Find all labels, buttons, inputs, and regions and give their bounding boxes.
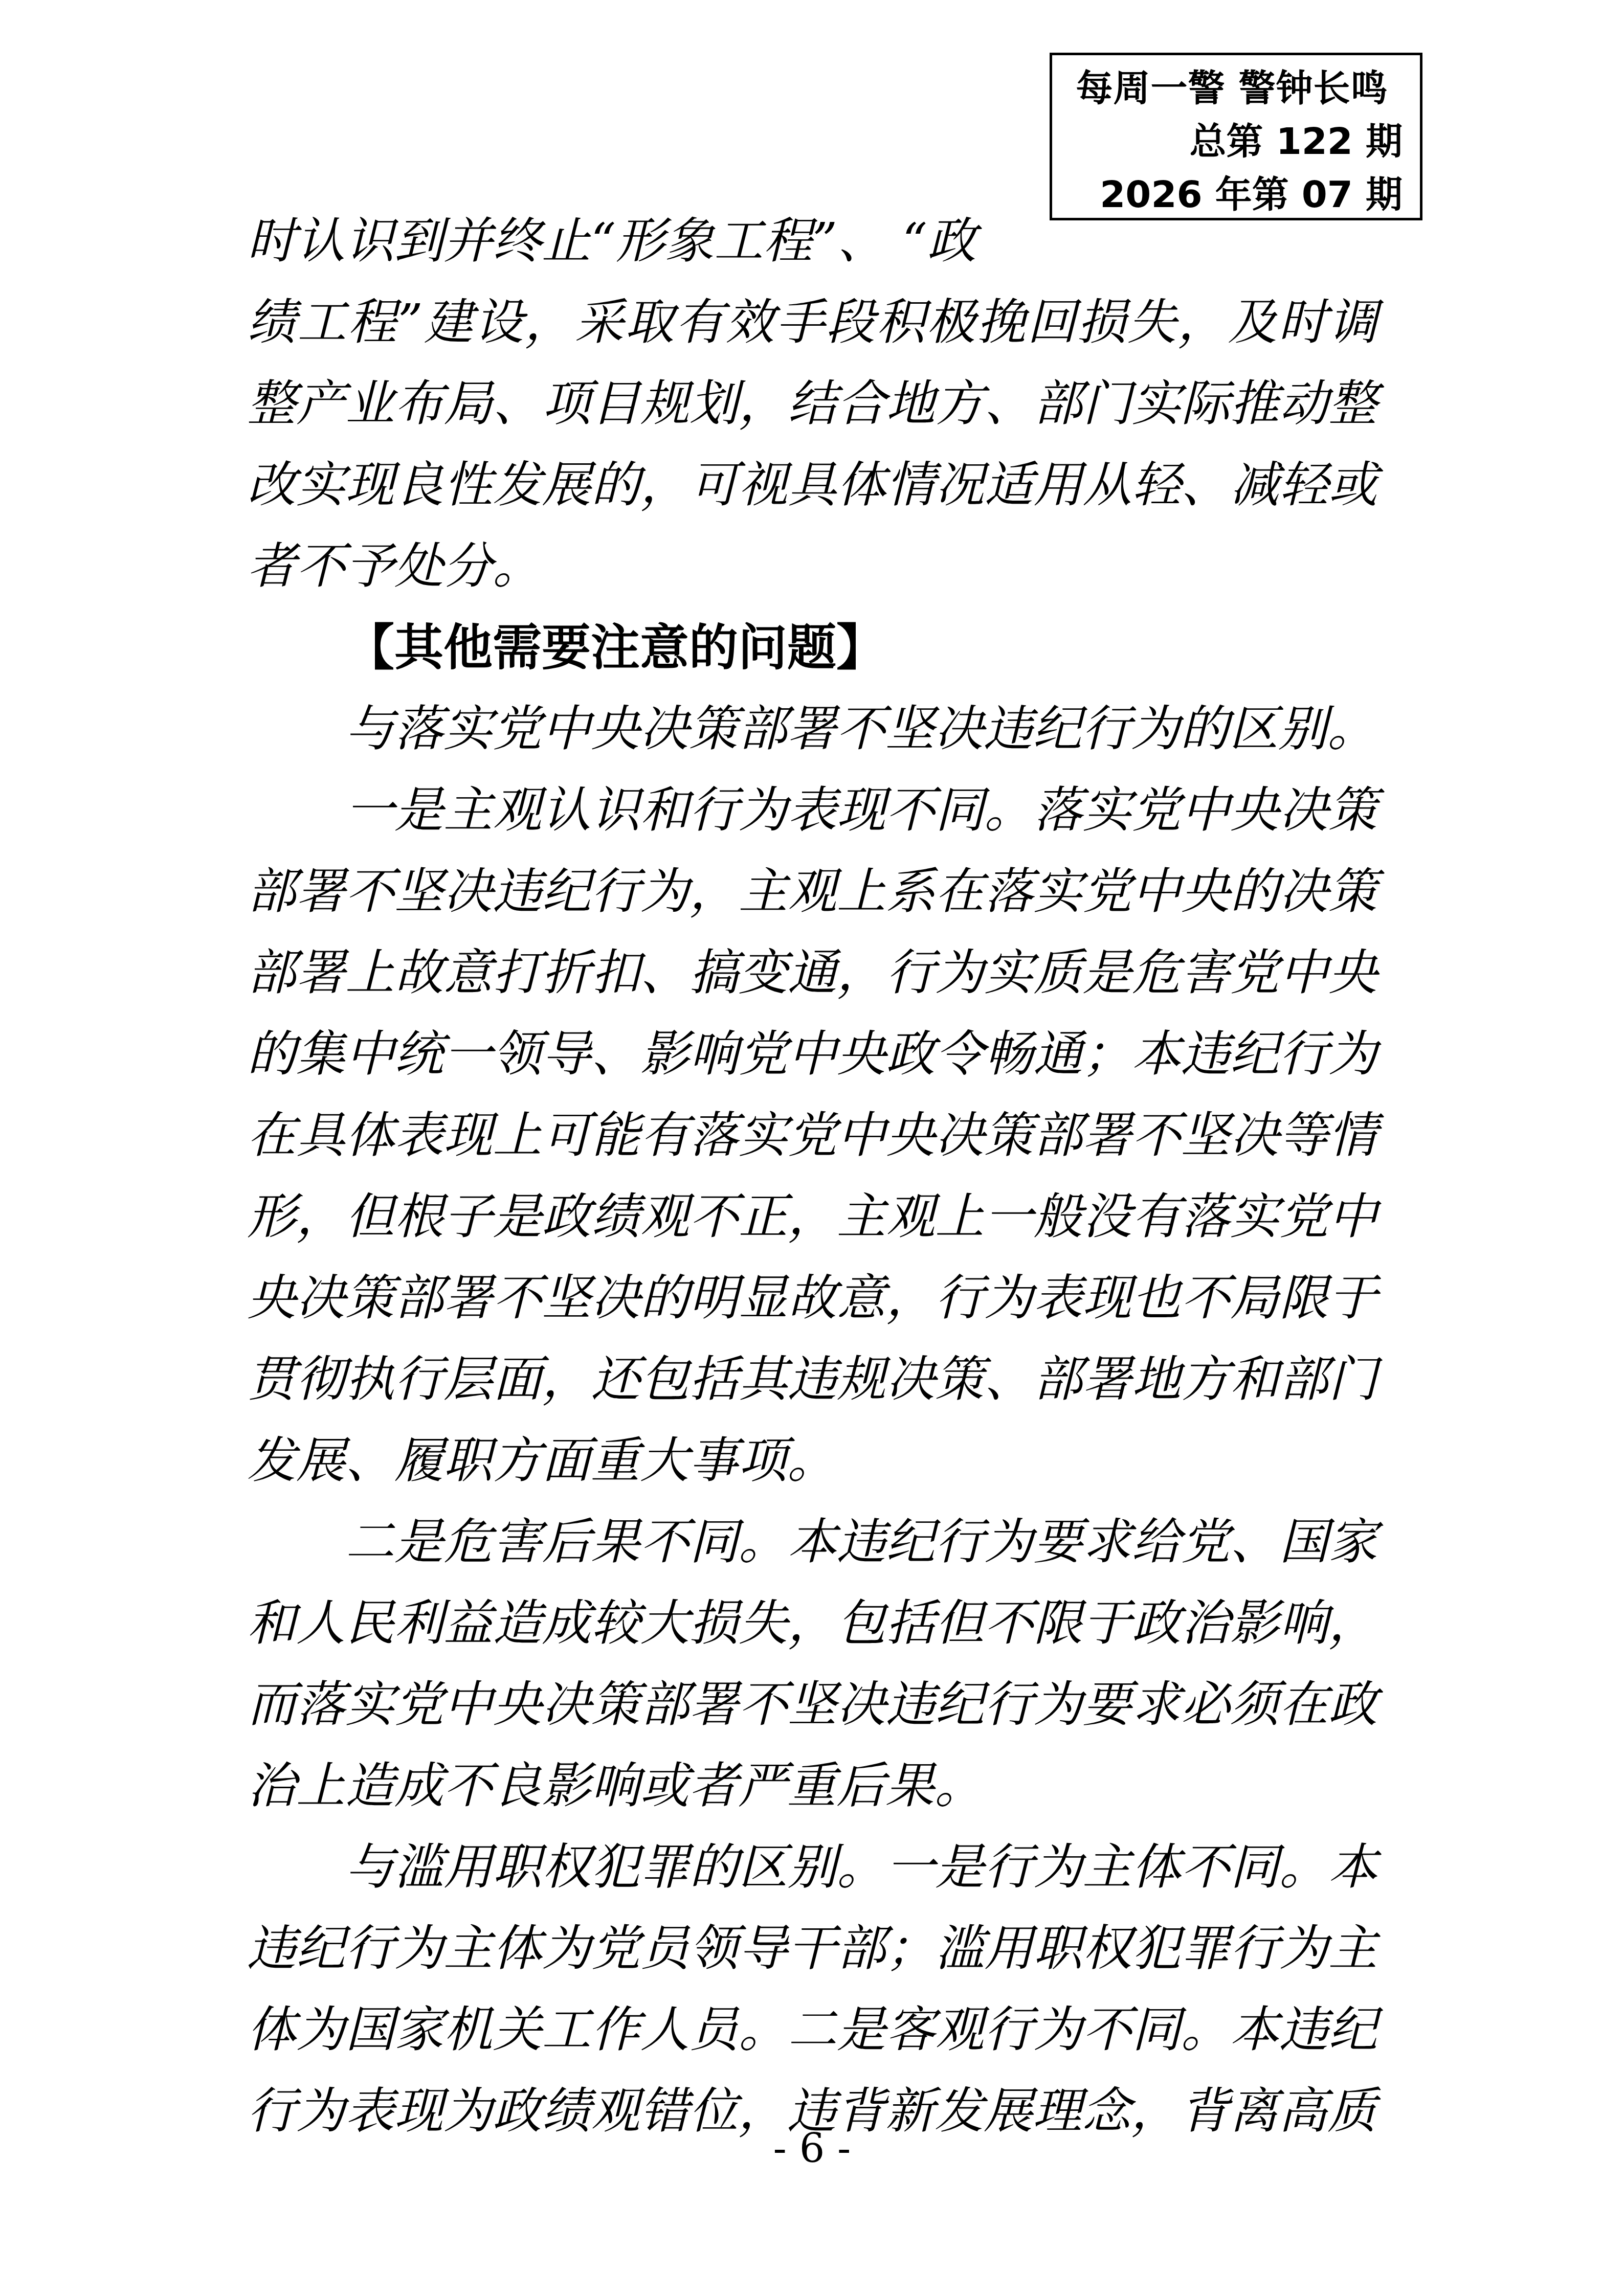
paragraph-abuse-of-power: 与滥用职权犯罪的区别。一是行为主体不同。本违纪行为主体为党员领导干部；滥用职权犯… bbox=[247, 1827, 1377, 2152]
masthead-issue-total: 总第 122 期 bbox=[1061, 115, 1403, 168]
section-heading: 【其他需要注意的问题】 bbox=[247, 607, 1377, 688]
masthead-title: 每周一警 警钟长鸣 bbox=[1061, 61, 1403, 115]
document-page: 每周一警 警钟长鸣 总第 122 期 2026 年第 07 期 时认识到并终止“… bbox=[0, 0, 1624, 2296]
paragraph-difference-overview: 与落实党中央决策部署不坚决违纪行为的区别。 bbox=[247, 688, 1377, 770]
paragraph-point-two: 二是危害后果不同。本违纪行为要求给党、国家和人民利益造成较大损失，包括但不限于政… bbox=[247, 1501, 1377, 1827]
body-text: 时认识到并终止“形象工程”、 “政 绩工程”建设，采取有效手段积极挽回损失，及时… bbox=[247, 200, 1377, 2152]
masthead-box: 每周一警 警钟长鸣 总第 122 期 2026 年第 07 期 bbox=[1050, 53, 1422, 220]
intro-paragraph-continuation: 绩工程”建设，采取有效手段积极挽回损失，及时调整产业布局、项目规划，结合地方、部… bbox=[247, 282, 1377, 607]
intro-line-1: 时认识到并终止“形象工程”、 “政 bbox=[247, 200, 1377, 282]
page-number: - 6 - bbox=[0, 2127, 1624, 2170]
paragraph-point-one: 一是主观认识和行为表现不同。落实党中央决策部署不坚决违纪行为，主观上系在落实党中… bbox=[247, 770, 1377, 1501]
